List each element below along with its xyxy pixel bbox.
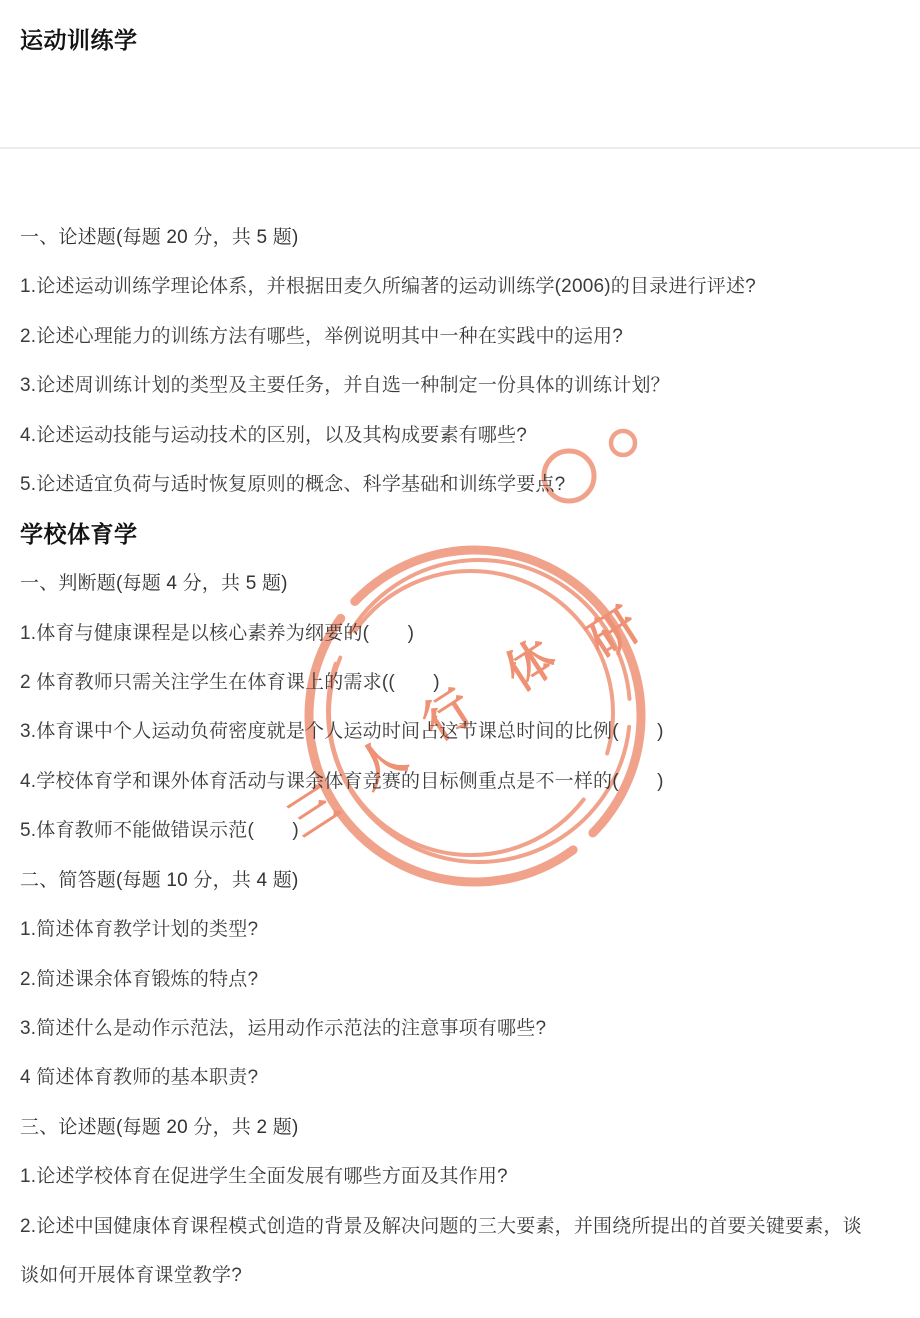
doc2-judgment-q5: 5.体育教师不能做错误示范( ) — [20, 806, 868, 855]
doc2-essay-q2: 2.论述中国健康体育课程模式创造的背景及解决问题的三大要素，并围绕所提出的首要关… — [20, 1202, 868, 1301]
document1-title: 运动训练学 — [20, 22, 138, 55]
document-content: 一、论述题(每题 20 分，共 5 题) 1.论述运动训练学理论体系，并根据田麦… — [20, 213, 904, 1301]
doc2-short-answer-heading: 二、简答题(每题 10 分，共 4 题) — [20, 856, 868, 905]
doc2-judgment-q2: 2 体育教师只需关注学生在体育课上的需求(( ) — [20, 658, 868, 707]
document2-title: 学校体育学 — [20, 510, 868, 559]
doc1-essay-q4: 4.论述运动技能与运动技术的区别，以及其构成要素有哪些? — [20, 411, 868, 460]
doc2-short-q4: 4 简述体育教师的基本职责? — [20, 1053, 868, 1102]
doc2-judgment-q3: 3.体育课中个人运动负荷密度就是个人运动时间占这节课总时间的比例( ) — [20, 707, 868, 756]
doc2-judgment-heading: 一、判断题(每题 4 分，共 5 题) — [20, 559, 868, 608]
doc2-judgment-q4: 4.学校体育学和课外体育活动与课余体育竞赛的目标侧重点是不一样的( ) — [20, 757, 868, 806]
doc2-short-q2: 2.简述课余体育锻炼的特点? — [20, 955, 868, 1004]
doc2-short-q3: 3.简述什么是动作示范法，运用动作示范法的注意事项有哪些? — [20, 1004, 868, 1053]
section-divider — [0, 147, 920, 149]
doc2-essay-heading: 三、论述题(每题 20 分，共 2 题) — [20, 1103, 868, 1152]
doc2-short-q1: 1.简述体育教学计划的类型? — [20, 905, 868, 954]
doc1-essay-q3: 3.论述周训练计划的类型及主要任务，并自选一种制定一份具体的训练计划？ — [20, 361, 868, 410]
doc1-essay-heading: 一、论述题(每题 20 分，共 5 题) — [20, 213, 868, 262]
doc1-essay-q5: 5.论述适宜负荷与适时恢复原则的概念、科学基础和训练学要点? — [20, 460, 868, 509]
doc1-essay-q1: 1.论述运动训练学理论体系，并根据田麦久所编著的运动训练学(2006)的目录进行… — [20, 262, 868, 311]
doc2-judgment-q1: 1.体育与健康课程是以核心素养为纲要的( ) — [20, 609, 868, 658]
document-page: 三 人 行 体 研 运动训练学 一、论述题(每题 20 分，共 5 题) 1.论… — [0, 0, 920, 1318]
doc1-essay-q2: 2.论述心理能力的训练方法有哪些，举例说明其中一种在实践中的运用? — [20, 312, 868, 361]
doc2-essay-q1: 1.论述学校体育在促进学生全面发展有哪些方面及其作用? — [20, 1152, 868, 1201]
